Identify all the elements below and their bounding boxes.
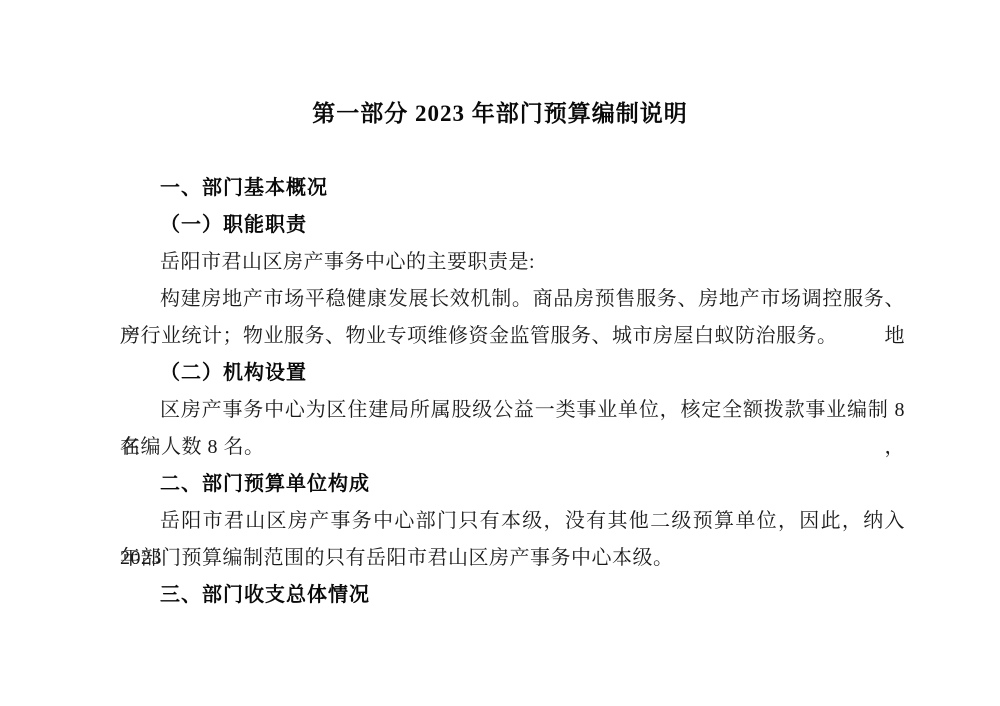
paragraph-line: 构建房地产市场平稳健康发展长效机制。商品房预售服务、房地产市场调控服务、房地 <box>120 281 905 318</box>
subsection-heading-1-2: （二）机构设置 <box>120 355 905 392</box>
paragraph-line: 产行业统计；物业服务、物业专项维修资金监管服务、城市房屋白蚁防治服务。 <box>120 318 905 355</box>
document-page: 第一部分 2023 年部门预算编制说明 一、部门基本概况 （一）职能职责 岳阳市… <box>0 0 1000 706</box>
paragraph-line: 年部门预算编制范围的只有岳阳市君山区房产事务中心本级。 <box>120 540 905 577</box>
section-heading-3: 三、部门收支总体情况 <box>120 577 905 614</box>
paragraph-line: 区房产事务中心为区住建局所属股级公益一类事业单位，核定全额拨款事业编制 8 名， <box>120 392 905 429</box>
paragraph-line: 岳阳市君山区房产事务中心部门只有本级，没有其他二级预算单位，因此，纳入 2023 <box>120 503 905 540</box>
subsection-heading-1-1: （一）职能职责 <box>120 207 905 244</box>
paragraph-line: 岳阳市君山区房产事务中心的主要职责是: <box>120 244 905 281</box>
section-heading-2: 二、部门预算单位构成 <box>120 466 905 503</box>
document-body: 一、部门基本概况 （一）职能职责 岳阳市君山区房产事务中心的主要职责是: 构建房… <box>120 170 905 614</box>
section-heading-1: 一、部门基本概况 <box>120 170 905 207</box>
document-title: 第一部分 2023 年部门预算编制说明 <box>0 95 1000 128</box>
